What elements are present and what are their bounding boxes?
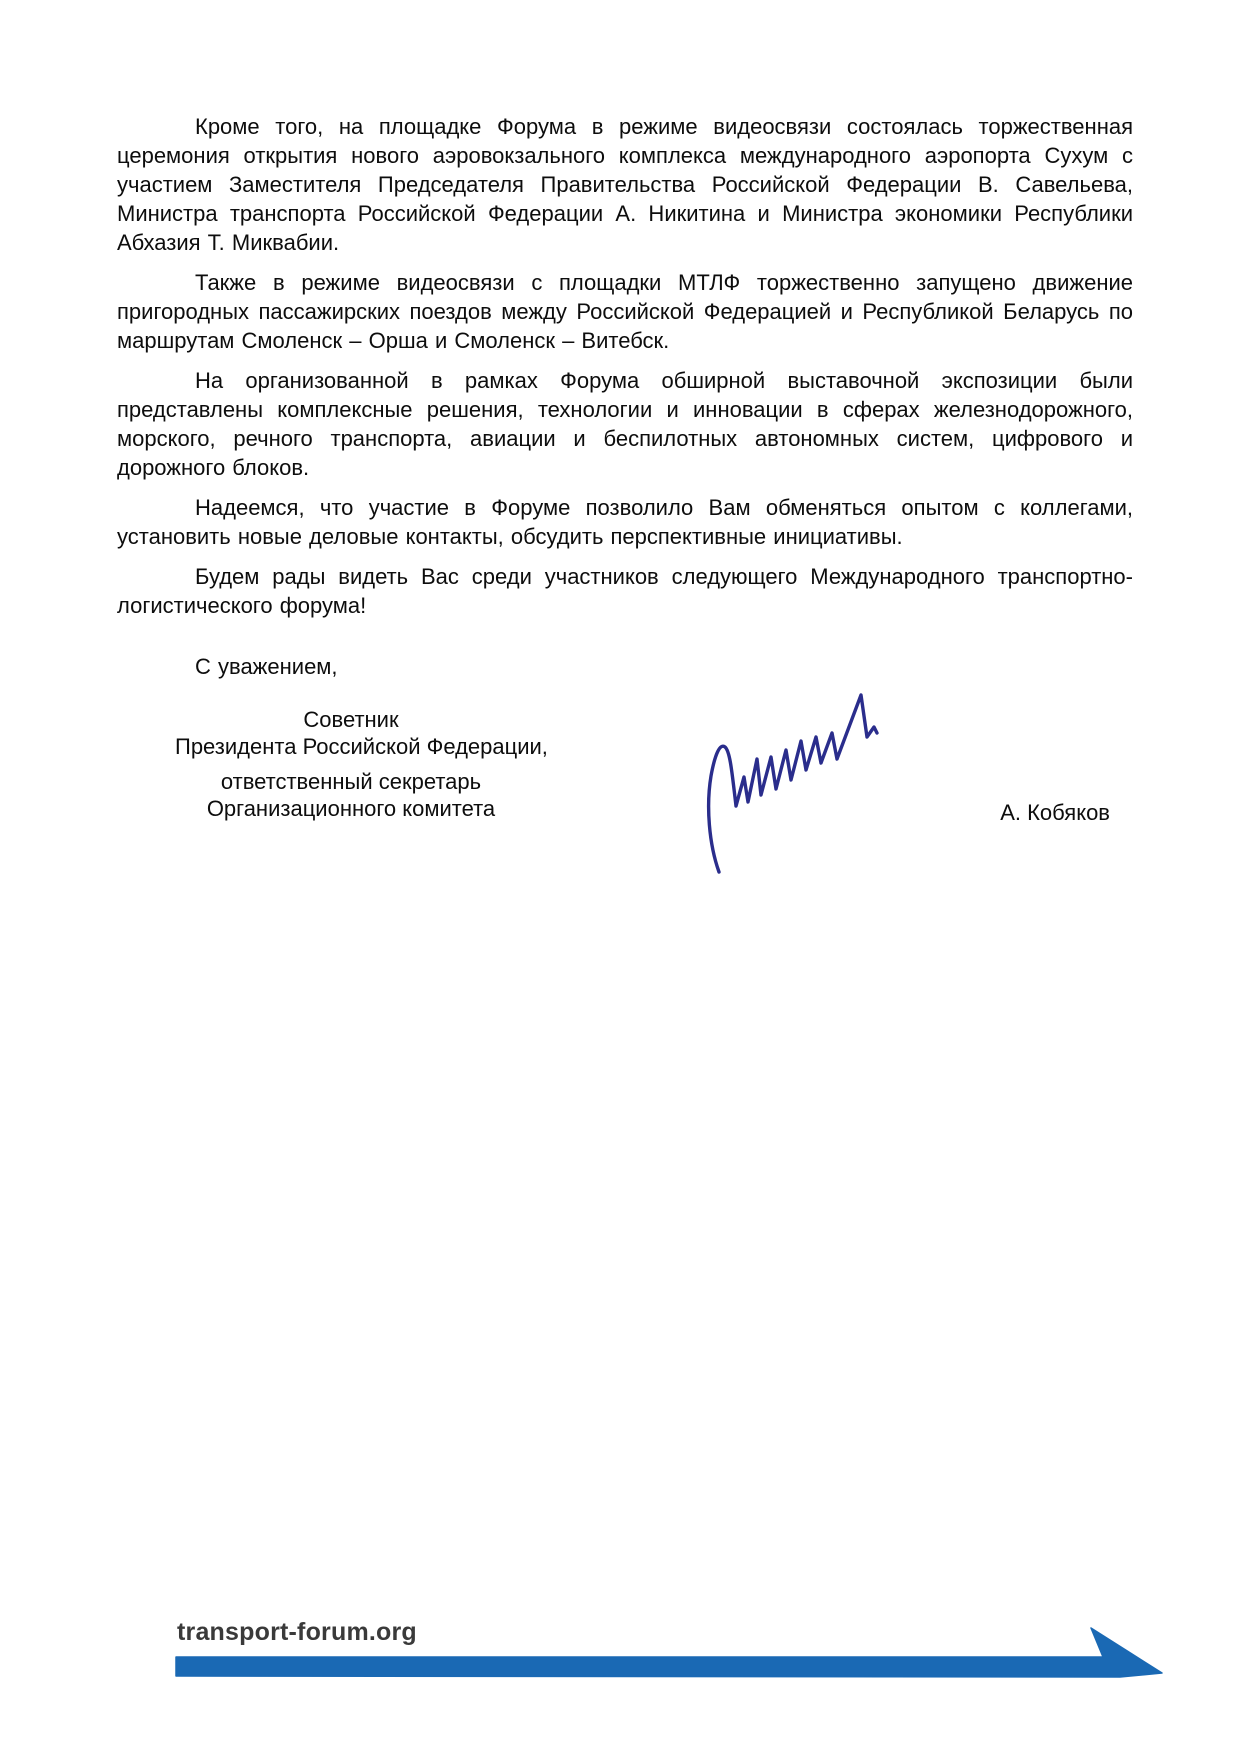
signer-title-line: Организационного комитета [175, 795, 527, 822]
signer-title-group: Советник Президента Российской Федерации… [175, 706, 527, 760]
body-paragraph: Надеемся, что участие в Форуме позволило… [117, 493, 1133, 551]
body-paragraph: Также в режиме видеосвязи с площадки МТЛ… [117, 268, 1133, 355]
closing-salutation: С уважением, [117, 652, 1133, 681]
body-paragraph: Будем рады видеть Вас среди участников с… [117, 562, 1133, 620]
footer: transport-forum.org [0, 1608, 1240, 1698]
signer-title-group: ответственный секретарь Организационного… [175, 768, 527, 822]
footer-arrow-icon [0, 1608, 1240, 1698]
letter-page: Кроме того, на площадке Форума в режиме … [0, 0, 1240, 1755]
body-paragraph: Кроме того, на площадке Форума в режиме … [117, 112, 1133, 257]
signer-name: А. Кобяков [1000, 799, 1110, 826]
body-paragraph: На организованной в рамках Форума обширн… [117, 366, 1133, 482]
signer-title-line: Президента Российской Федерации, [175, 733, 527, 760]
handwritten-signature-icon [640, 660, 920, 890]
signer-title-line: ответственный секретарь [175, 768, 527, 795]
letter-body: Кроме того, на площадке Форума в режиме … [117, 112, 1133, 681]
signer-titles: Советник Президента Российской Федерации… [175, 706, 527, 830]
signer-title-line: Советник [175, 706, 527, 733]
signature-block: Советник Президента Российской Федерации… [0, 700, 1240, 930]
